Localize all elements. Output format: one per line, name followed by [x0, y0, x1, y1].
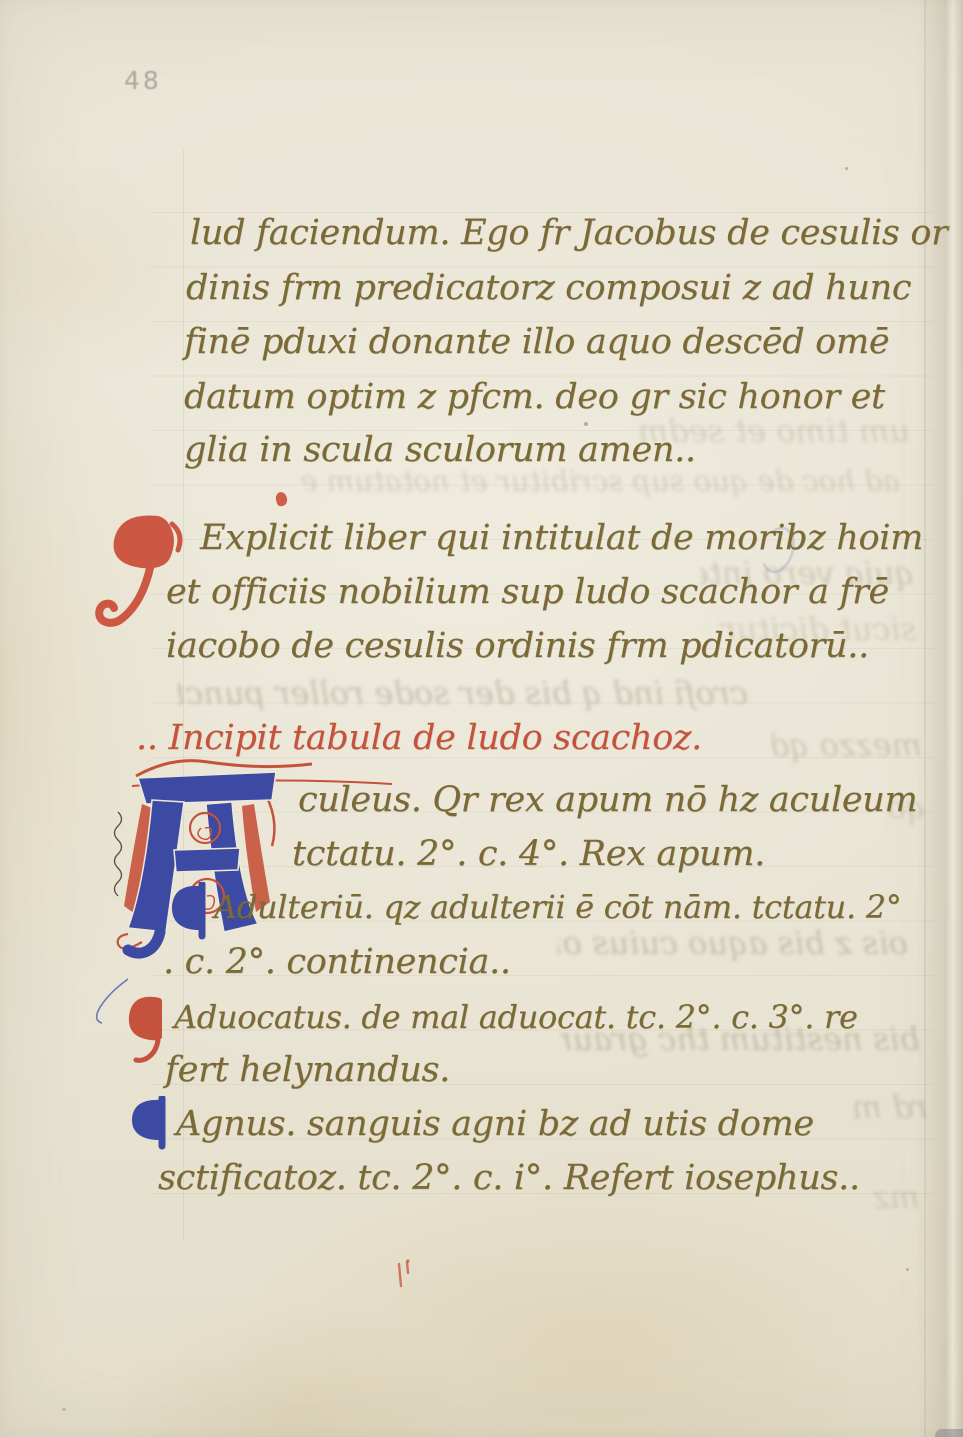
blue-capitulum-icon	[126, 1096, 172, 1150]
entry-line: fert helynandus.	[165, 1050, 450, 1090]
colophon-line: glia in scula sculorum amen..	[184, 430, 696, 470]
colophon-line: datum optim z pfcm. deo gr sic honor et	[184, 377, 885, 417]
ink-speck	[906, 1268, 909, 1271]
folio-number: 48	[124, 66, 162, 95]
showthrough-text: ois z bis aquo cuius onus	[558, 924, 908, 968]
showthrough-text: ad hoc de quo sup scribitur et notatum e…	[300, 464, 900, 508]
colophon-line: dinis frm predicatorz composui z ad hunc	[186, 268, 911, 308]
explicit-line: Explicit liber qui intitulat de moribz h…	[200, 518, 923, 558]
blue-capitulum-icon	[166, 882, 210, 940]
explicit-line: iacobo de cesulis ordinis frm pdicatorū.…	[166, 626, 869, 666]
showthrough-text: crofi ind q bis der sode roller punctum	[178, 674, 748, 718]
backing-board-corner	[935, 1429, 963, 1437]
entry-line: Agnus. sanguis agni bz ad utis dome	[176, 1104, 814, 1144]
ink-speck	[62, 1408, 66, 1411]
entry-line: . c. 2°. continencia..	[163, 942, 511, 982]
entry-line: sctificatoz. tc. 2°. c. i°. Refert iosep…	[158, 1158, 860, 1198]
ink-speck	[584, 422, 588, 426]
entry-line: Aduocatus. de mal aduocat. tc. 2°. c. 3°…	[174, 998, 858, 1036]
entry-line: culeus. Qr rex apum nō hz aculeum	[298, 780, 917, 820]
entry-line: Adulteriū. qz adulterii ē cōt nām. tctat…	[214, 888, 901, 926]
showthrough-text: rd m	[798, 1088, 928, 1132]
red-margin-mark	[392, 1258, 422, 1294]
colophon-line: finē pduxi donante illo aquo descēd omē	[184, 322, 889, 362]
colophon-line: lud faciendum. Ego fr Jacobus de cesulis…	[190, 213, 948, 253]
explicit-line: et officiis nobilium sup ludo scachor a …	[166, 572, 889, 612]
manuscript-page: um timo et sedm qd ad hoc de quo sup scr…	[0, 0, 963, 1437]
entry-line: tctatu. 2°. c. 4°. Rex apum.	[292, 834, 765, 874]
ink-speck	[845, 167, 848, 170]
page-right-edge	[917, 0, 963, 1437]
red-capitulum-icon	[122, 992, 170, 1066]
showthrough-text: mezzo qd	[772, 726, 922, 770]
